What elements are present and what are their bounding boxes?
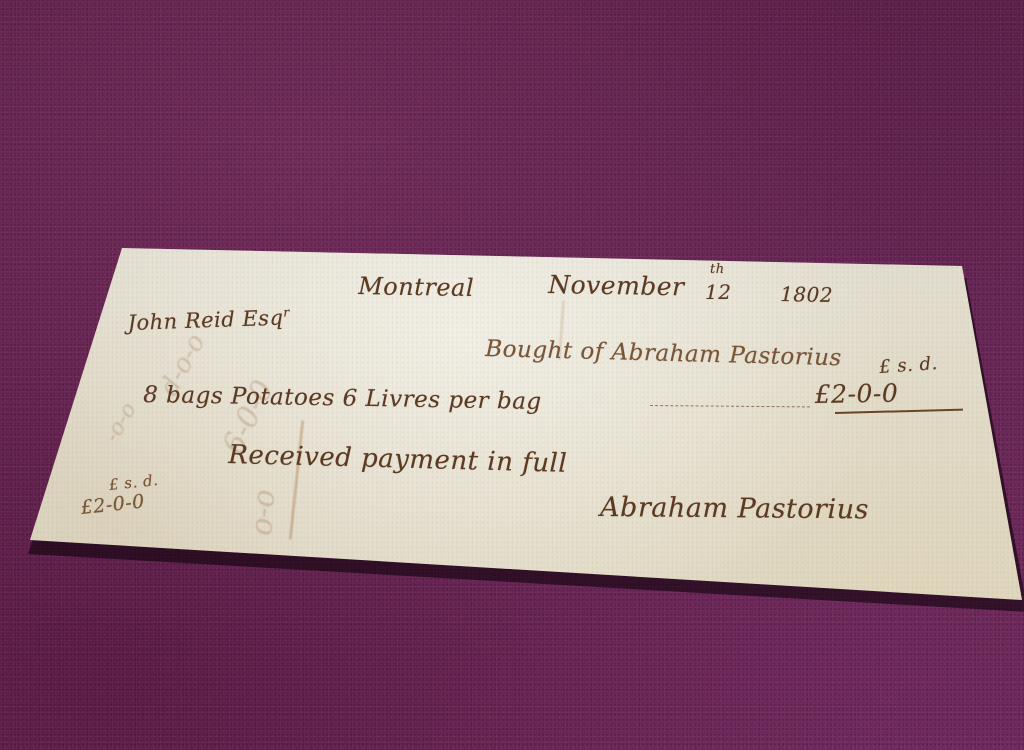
currency-header: £ s. d. [879,353,939,378]
receipt-signature: Abraham Pastorius [600,492,869,525]
receipt-place: Montreal [358,272,474,302]
receipt-date-year: 1802 [780,282,833,307]
receipt-item-total: £2-0-0 [814,379,898,409]
receipt-date-day-suffix: th [710,262,725,277]
receipt-date-day: 12 [705,280,731,304]
receipt-date-month: November [548,270,685,301]
addressee-suffix: r [283,304,290,319]
receipt-paper [0,0,1024,750]
